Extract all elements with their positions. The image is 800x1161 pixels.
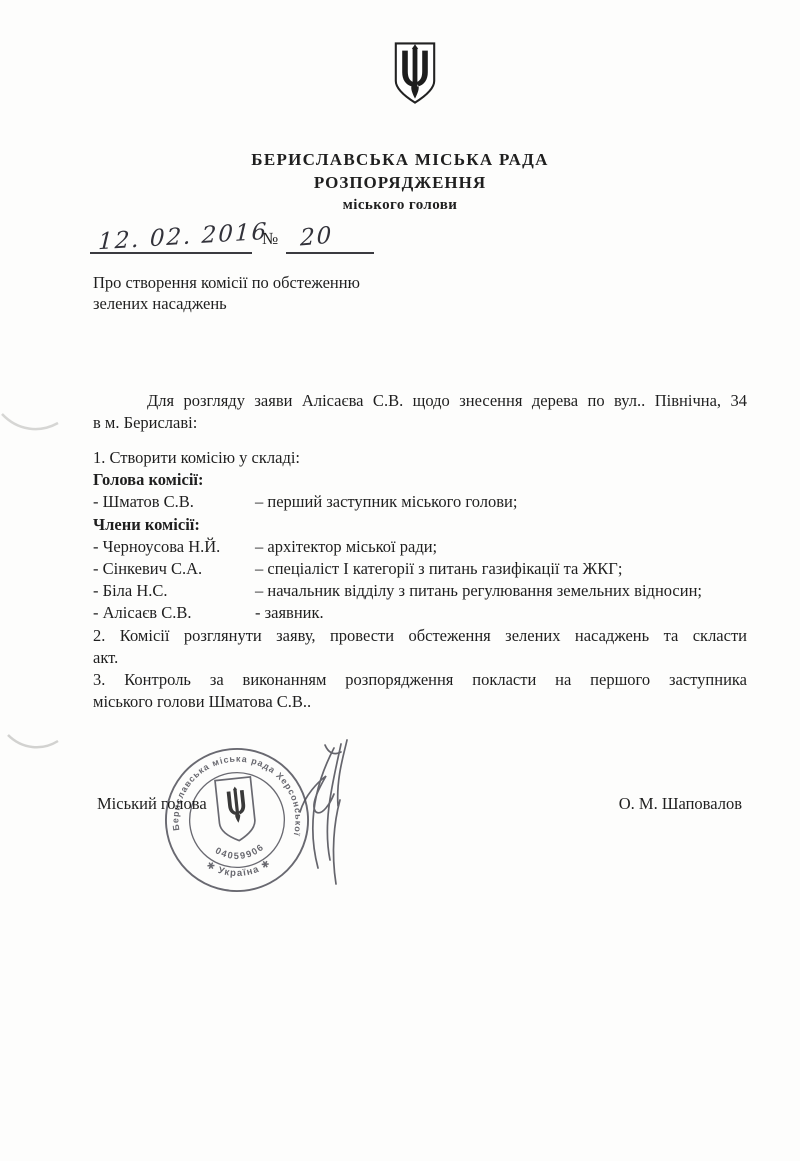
- council-name: БЕРИСЛАВСЬКА МІСЬКА РАДА: [0, 148, 800, 171]
- seal-ring-text: Бериславська міська рада Херсонської обл…: [163, 746, 306, 852]
- member-row: - Черноусова Н.Й. – архітектор міської р…: [93, 536, 747, 558]
- seal-trident-icon: [226, 786, 247, 824]
- member-role: – спеціаліст І категорії з питань газифі…: [255, 558, 747, 580]
- number-sign: №: [262, 229, 278, 249]
- handwritten-number: 20: [300, 222, 334, 251]
- order-item-3-line-2: міського голови Шматова С.В..: [93, 691, 747, 713]
- document-title-block: БЕРИСЛАВСЬКА МІСЬКА РАДА РОЗПОРЯДЖЕННЯ м…: [0, 148, 800, 217]
- order-item-3-line-1: 3. Контроль за виконанням розпорядження …: [93, 669, 747, 691]
- signatory-name: О. М. Шаповалов: [619, 794, 742, 814]
- chair-heading: Голова комісії:: [93, 469, 747, 491]
- order-item-2-line-1: 2. Комісії розглянути заяву, провести об…: [93, 625, 747, 647]
- order-items-block: 1. Створити комісію у складі: Голова ком…: [93, 447, 747, 713]
- date-underline: [90, 252, 252, 254]
- order-item-2-line-2: акт.: [93, 647, 747, 669]
- date-number-line: 12. 02. 2016 № 20: [0, 222, 800, 262]
- member-role: - заявник.: [255, 602, 747, 624]
- order-item-1: 1. Створити комісію у складі:: [93, 447, 747, 469]
- intro-paragraph: Для розгляду заяви Алісаєва С.В. щодо зн…: [93, 390, 747, 433]
- scanned-document-page: БЕРИСЛАВСЬКА МІСЬКА РАДА РОЗПОРЯДЖЕННЯ м…: [0, 0, 800, 1161]
- ukraine-trident-emblem-icon: [391, 40, 439, 106]
- number-underline: [286, 252, 374, 254]
- member-row: - Сінкевич С.А. – спеціаліст І категорії…: [93, 558, 747, 580]
- member-role: – начальник відділу з питань регулювання…: [255, 580, 747, 602]
- document-type: РОЗПОРЯДЖЕННЯ: [0, 171, 800, 194]
- member-name: - Черноусова Н.Й.: [93, 536, 255, 558]
- member-name: - Сінкевич С.А.: [93, 558, 255, 580]
- official-seal-icon: Бериславська міська рада Херсонської обл…: [163, 746, 311, 894]
- chair-name: - Шматов С.В.: [93, 491, 255, 513]
- chair-row: - Шматов С.В. – перший заступник міськог…: [93, 491, 747, 513]
- members-heading: Члени комісії:: [93, 514, 747, 536]
- member-row: - Алісаєв С.В. - заявник.: [93, 602, 747, 624]
- seal-code-text: 04059906: [213, 840, 267, 863]
- document-issuer: міського голови: [0, 194, 800, 217]
- intro-line-2: в м. Бериславі:: [93, 412, 747, 434]
- member-role: – архітектор міської ради;: [255, 536, 747, 558]
- subject-block: Про створення комісії по обстеженню зеле…: [93, 272, 360, 314]
- member-name: - Алісаєв С.В.: [93, 602, 255, 624]
- chair-role: – перший заступник міського голови;: [255, 491, 747, 513]
- subject-line-2: зелених насаджень: [93, 293, 360, 314]
- handwritten-date: 12. 02. 2016: [98, 219, 269, 256]
- member-row: - Біла Н.С. – начальник відділу з питань…: [93, 580, 747, 602]
- intro-line-1: Для розгляду заяви Алісаєва С.В. щодо зн…: [93, 390, 747, 412]
- subject-line-1: Про створення комісії по обстеженню: [93, 272, 360, 293]
- member-name: - Біла Н.С.: [93, 580, 255, 602]
